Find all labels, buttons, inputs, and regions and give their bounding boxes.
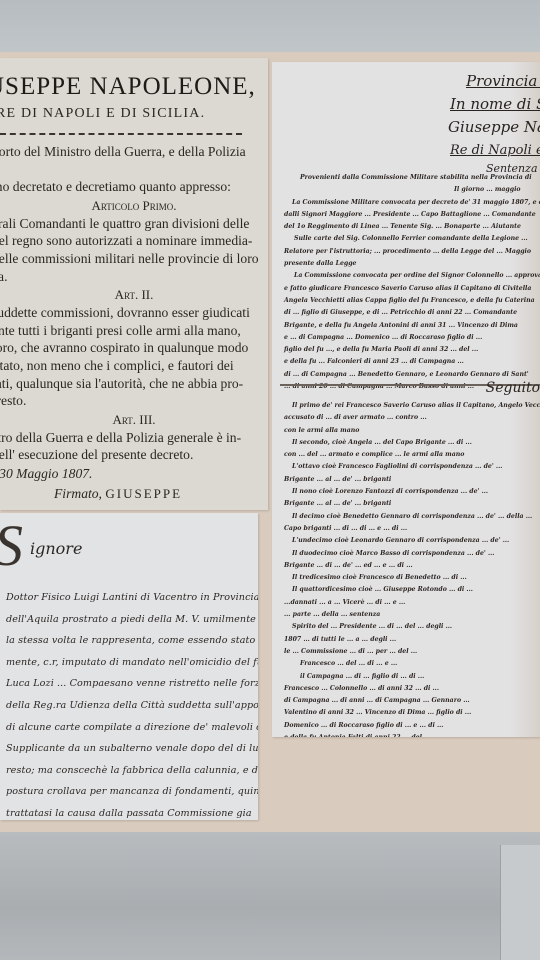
manuscript-line: Angela Vecchietti alias Cappa figlio del… (284, 295, 540, 307)
decree-subtitle: RE DI NAPOLI E DI SICILIA. (0, 105, 268, 123)
petition-line: di alcune carte compilate a direzione de… (6, 717, 254, 739)
manuscript-sentence: Provincia di In nome di Sua Giuseppe Nap… (272, 62, 540, 737)
decorative-rule (0, 133, 242, 135)
header-line: Giuseppe Nap (448, 116, 540, 139)
article-line: ente tutti i briganti presi colle armi a… (0, 322, 268, 340)
decree-date: i 30 Maggio 1807. (0, 464, 268, 484)
article-heading: Articolo Primo. (0, 196, 268, 215)
decree-title: USEPPE NAPOLEONE, (0, 72, 268, 102)
manuscript-line: Capo briganti ... di ... di ... e ... di… (284, 523, 540, 535)
article-line: dell' esecuzione del presente decreto. (0, 446, 268, 464)
manuscript-line: Valentino di anni 32 ... Vincenzo di Dim… (284, 707, 540, 719)
manuscript-line: figlio del fu ..., e della fu Maria Paol… (284, 344, 540, 356)
manuscript-line: Il giorno ... maggio (284, 184, 540, 196)
sentence-paragraph-2: Il primo de' rei Francesco Saverio Carus… (284, 400, 540, 737)
petition-text: Dottor Fisico Luigi Lantini di Vacentro … (6, 587, 254, 820)
manuscript-line: 1807 ... di tutti le ... a ... degli ... (284, 634, 540, 646)
manuscript-line: accusato di ... di aver armato ... contr… (284, 412, 540, 424)
manuscript-line: Il tredicesimo cioè Francesco di Benedet… (284, 572, 540, 584)
article-line: stro della Guerra e della Polizia genera… (0, 429, 268, 447)
article-line: rresto. (0, 392, 268, 410)
article-line: erali Comandanti le quattro gran divisio… (0, 215, 268, 233)
manuscript-line: Il primo de' rei Francesco Saverio Carus… (284, 400, 540, 412)
manuscript-line: con ... del ... armato e complice ... le… (284, 449, 540, 461)
manuscript-line: ...dannati ... a ... Vicerè ... di ... e… (284, 597, 540, 609)
article-line: za. (0, 268, 268, 286)
preamble-line: porto del Ministro della Guerra, e della… (0, 143, 268, 161)
article-line: delle commissioni militari nelle provinc… (0, 250, 268, 268)
manuscript-line: Relatore per l'istruttoria; ... procedim… (284, 246, 540, 258)
signed-name: GIUSEPPE (105, 486, 182, 501)
article-heading: Art. III. (0, 410, 268, 429)
sentence-header: Provincia di In nome di Sua Giuseppe Nap… (450, 70, 540, 176)
petition-line: postura crollava per mancanza di fondame… (6, 781, 254, 803)
petition-line: trattatasi la causa dalla passata Commis… (6, 803, 254, 820)
header-line: Provincia di (450, 70, 540, 93)
salutation: ignore (30, 539, 82, 558)
header-line: Re di Napoli e (450, 139, 540, 162)
manuscript-line: Brigante ... di ... de' ... ed ... e ...… (284, 560, 540, 572)
manuscript-line: Il nono cioè Lorenzo Fantozzi di corrisp… (284, 486, 540, 498)
manuscript-line: Brigante ... al ... de' ... briganti (284, 498, 540, 510)
printed-decree: USEPPE NAPOLEONE, RE DI NAPOLI E DI SICI… (0, 58, 268, 510)
manuscript-line: La Commissione Militare convocata per de… (284, 197, 540, 209)
manuscript-line: Il decimo cioè Benedetto Gennaro di corr… (284, 511, 540, 523)
manuscript-line: di ... figlio di Giuseppe, e di ... Petr… (284, 307, 540, 319)
manuscript-line: con le armi alla mano (284, 425, 540, 437)
background-wall-bottom (0, 832, 540, 960)
manuscript-line: Sulle carte del Sig. Colonnello Ferrier … (284, 233, 540, 245)
preamble-line: mo decretato e decretiamo quanto appress… (0, 178, 268, 196)
manuscript-line: L'undecimo cioè Leonardo Gennaro di corr… (284, 535, 540, 547)
manuscript-line: Il duodecimo cioè Marco Basso di corrisp… (284, 548, 540, 560)
manuscript-line: di Campagna ... di anni ... di Campagna … (284, 695, 540, 707)
manuscript-line: e della fu ... Falconieri di anni 23 ...… (284, 356, 540, 368)
article-line: tati, qualunque sia l'autorità, che ne a… (0, 375, 268, 393)
manuscript-line: il Campagna ... di ... figlio di ... di … (284, 671, 540, 683)
manuscript-line: Il quattordicesimo cioè ... Giuseppe Rot… (284, 584, 540, 596)
manuscript-line: Domenico ... di Roccaraso figlio di ... … (284, 720, 540, 732)
manuscript-line: L'ottavo cioè Francesco Fagliolini di co… (284, 461, 540, 473)
manuscript-line: Brigante ... al ... de' ... briganti (284, 474, 540, 486)
sentence-paragraph-1: Provenienti dalla Commissione Militare s… (284, 172, 540, 393)
petition-line: della Reg.ra Udienza della Città suddett… (6, 695, 254, 717)
petition-line: Supplicante da un subalterno venale dopo… (6, 738, 254, 760)
board-edge (500, 845, 540, 960)
manuscript-line: Francesco ... del ... di ... e ... (284, 658, 540, 670)
article-line: loro, che avranno cospirato in qualunque… (0, 339, 268, 357)
manuscript-line: dalli Signori Maggiore ... Presidente ..… (284, 209, 540, 221)
background-wall-top (0, 0, 540, 60)
petition-line: Luca Lozi ... Compaesano venne ristretto… (6, 673, 254, 695)
salutation-initial: S (0, 517, 23, 575)
manuscript-line: e ... di Campagna ... Domenico ... di Ro… (284, 332, 540, 344)
manuscript-line: Il secondo, cioè Angela ... del Capo Bri… (284, 437, 540, 449)
manuscript-line: ... parte ... della ... sentenza (284, 609, 540, 621)
petition-line: la stessa volta le rappresenta, come ess… (6, 630, 254, 652)
manuscript-line: e fatto giudicare Francesco Saverio Caru… (284, 283, 540, 295)
manuscript-line: Provenienti dalla Commissione Militare s… (284, 172, 540, 184)
manuscript-line: del 1o Reggimento di Linea ... Tenente S… (284, 221, 540, 233)
handwritten-petition: S ignore Dottor Fisico Luigi Lantini di … (0, 513, 258, 820)
manuscript-line: le ... Commissione ... di ... per ... de… (284, 646, 540, 658)
manuscript-line: Brigante, e della fu Angela Antonini di … (284, 320, 540, 332)
header-line: In nome di Sua (450, 93, 540, 116)
article-line: Stato, non meno che i complici, e fautor… (0, 357, 268, 375)
petition-line: mente, c.r, imputato di mandato nell'omi… (6, 652, 254, 674)
manuscript-line: e della fu Antonia Falti di anni 22 ... … (284, 732, 540, 737)
manuscript-line: Francesco ... Colonnello ... di anni 32 … (284, 683, 540, 695)
petition-line: resto; ma conscechè la fabbrica della ca… (6, 760, 254, 782)
article-heading: Art. II. (0, 285, 268, 304)
petition-line: dell'Aquila prostrato a piedi della M. V… (6, 609, 254, 631)
manuscript-line: Spirito del ... Presidente ... di ... de… (284, 621, 540, 633)
preamble-line: , (0, 161, 268, 179)
manuscript-line: presente dalla Legge (284, 258, 540, 270)
petition-line: Dottor Fisico Luigi Lantini di Vacentro … (6, 587, 254, 609)
decree-signature: Firmato, GIUSEPPE (0, 484, 268, 504)
article-line: suddette commissioni, dovranno esser giu… (0, 304, 268, 322)
section-heading: Seguito (486, 380, 540, 396)
manuscript-line: La Commissione convocata per ordine del … (284, 270, 540, 282)
signed-label: Firmato, (54, 486, 102, 501)
article-line: del regno sono autorizzati a nominare im… (0, 232, 268, 250)
